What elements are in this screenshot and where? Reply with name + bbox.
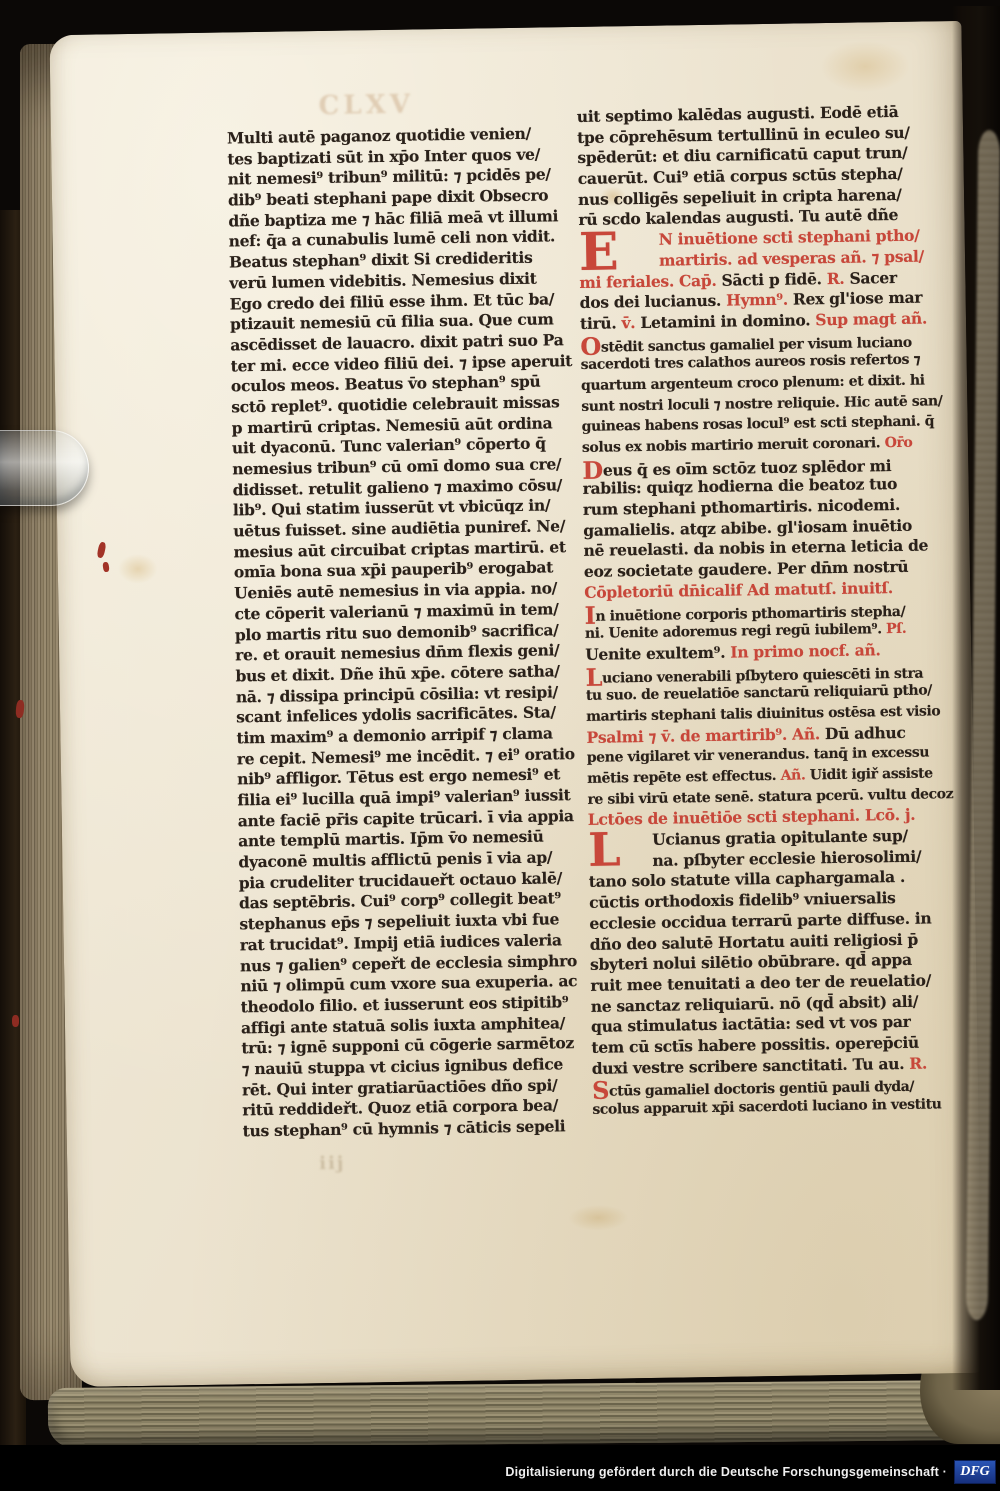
body-text: lib⁹. Qui statim iusserūt vt vbicūqz in/ (233, 496, 551, 520)
page-edges-bottom (48, 1380, 980, 1448)
rubric-text: In primo nocf. añ. (730, 640, 880, 661)
rubric-text: martiris. ad vesperas añ. ⁊ psal/ (659, 246, 924, 269)
body-text: omīa bona sua xp̄i pauperib⁹ erogabat (234, 558, 553, 582)
rubric-text: Añ. (781, 767, 810, 783)
body-text: sacerdoti tres calathos aureos rosis ref… (581, 352, 921, 373)
body-text: na. pſbyter ecclesie hierosolimi/ (652, 846, 921, 869)
body-text: cūctis orthodoxis fidelib⁹ vniuersalis (589, 888, 896, 912)
rubric-text: Pſ. (886, 621, 906, 637)
caption-bar: Digitalisierung gefördert durch die Deut… (0, 1445, 1000, 1491)
body-text: tim maxim⁹ a demonio arripif ⁊ clama (236, 723, 552, 747)
body-text: dos dei lucianus. (580, 291, 727, 312)
page-holder-clamp (0, 430, 89, 506)
body-text: qua stimulatus iactātia: sed vt vos par (591, 1012, 911, 1036)
body-text: tus stephan⁹ cū hymnis ⁊ cāticis sepeli (243, 1116, 566, 1140)
body-text: tano solo statute villa caphargamala . (589, 867, 905, 891)
text-column-left: Multi autē paganoz quotidie venien/tes b… (227, 123, 577, 1142)
rubric-text: N inuētione scti stephani ptho/ (659, 226, 920, 249)
text-column-right: uit septimo kalēdas augusti. Eodē etiātp… (577, 102, 929, 1121)
body-text: ni. Uenite adoremus regi regū iubilem⁹. (585, 621, 886, 642)
body-text: stephanus ep̄s ⁊ sepeliuit iuxta vbi fue (239, 909, 559, 933)
body-text: rēt. Qui inter gratiarūactiōes dño spi/ (242, 1075, 558, 1099)
rubric-text: Hymn⁹. (726, 290, 793, 310)
body-text: uit dyaconū. Tunc valerian⁹ cōperto q̄ (232, 434, 546, 458)
stain (820, 40, 911, 93)
digitization-credit-text: Digitalisierung gefördert durch die Deut… (505, 1465, 947, 1479)
body-text: solus ex nobis martirio meruit coronari. (582, 435, 885, 456)
rubric-text: Sup magt añ. (815, 308, 927, 329)
body-text: Sacer (849, 267, 896, 287)
body-text: ⁊ nauiū stuppa vt cicius ignibus defice (242, 1054, 564, 1078)
body-text: oculos meos. Beatus v̄o stephan⁹ spū (231, 372, 541, 396)
body-text: re sibi virū etate senē. statura pcerū. … (587, 786, 953, 808)
body-text: scant infelices ydolis sacrificātes. Sta… (236, 703, 556, 727)
body-text: tirū. (580, 313, 622, 333)
body-text: duxi vestre scribere sanctitati. Tu au. (592, 1053, 910, 1077)
body-text: scolus apparuit xp̄i sacerdoti luciano i… (592, 1096, 941, 1117)
body-text: tes baptizati sūt in xp̄o Inter quos ve/ (227, 144, 540, 168)
rubric-text: mi feriales. Cap̄. (579, 270, 721, 291)
rubric-text: R. (909, 1053, 927, 1072)
body-text: Letamini in domino. (640, 310, 815, 332)
body-text: verū lumen videbitis. Nemesius dixit (229, 268, 536, 292)
dfg-logo: DFG (954, 1460, 996, 1484)
text-line: scolus apparuit xp̄i sacerdoti luciano i… (592, 1095, 928, 1121)
signature-mark: iij (319, 1153, 346, 1174)
body-text: dyaconē multis afflictū penis ī via ap/ (238, 848, 552, 872)
stain (568, 1204, 628, 1231)
body-text: tu suo. de reuelatiōe sanctarū reliquiar… (586, 683, 932, 704)
body-text: rabilis: quiqz hodierna die beatoz tuo (582, 474, 897, 498)
body-text: martiris stephani talis diuinitus ostēsa… (586, 703, 940, 725)
body-text: rū scdo kalendas augusti. Tu autē dñe (578, 205, 898, 229)
rubric-text: Cōpletoriū dn̄icalif Ad matutſ. inuitſ. (584, 578, 893, 602)
scan-photo: CLXV Multi autē paganoz quotidie venien/… (0, 0, 1000, 1491)
book-page: CLXV Multi autē paganoz quotidie venien/… (49, 21, 982, 1387)
body-text: Sācti p fidē. (721, 269, 826, 290)
body-text: Uenite exultem⁹. (585, 643, 730, 664)
body-text: mētis repēte est effectus. (587, 768, 781, 787)
body-text: Ucianus gratia opitulante sup/ (652, 826, 908, 849)
faded-folio-numeral: CLXV (318, 89, 458, 121)
body-text: pene vigilaret vir venerandus. tanq̄ in … (587, 745, 929, 766)
body-text: dib⁹ beati stephani pape dixit Obsecro (228, 185, 549, 209)
body-text: p martirū criptas. Nemesiū aūt ordina (231, 413, 552, 437)
red-edge-mark (12, 1015, 19, 1027)
text-line: tus stephan⁹ cū hymnis ⁊ cāticis sepeli (243, 1116, 577, 1142)
body-text: Beatus stephan⁹ dixit Si credideritis (229, 248, 533, 272)
body-text: Rex gl'iose mar (793, 288, 922, 309)
rubric-text: Or̄o (885, 435, 913, 451)
body-text: ante templū martis. Ip̄m v̄o nemesiū (238, 827, 544, 851)
rubric-text: Psalmi ⁊ v̄. de martirib⁹. Añ. (586, 724, 825, 747)
body-text: rum stephani pthomartiris. nicodemi. (583, 495, 900, 519)
body-text: sunt nostri loculi ⁊ nostre reliquie. Hi… (581, 393, 942, 415)
body-text: Dū adhuc (825, 723, 906, 743)
body-text: guineas habens rosas locul⁹ est scti ste… (582, 414, 935, 436)
body-text: quartum argenteum croco plenum: et dixit… (581, 372, 925, 393)
stain (118, 554, 158, 585)
rubric-text: v̄. (621, 313, 640, 332)
rubric-text: R. (827, 268, 850, 287)
body-text: Multi autē paganoz quotidie venien/ (227, 124, 531, 148)
body-text: Uidit igiř assiste (810, 765, 933, 783)
body-text: ritū reddideřt. Quoz etiā corpora bea/ (242, 1096, 558, 1120)
